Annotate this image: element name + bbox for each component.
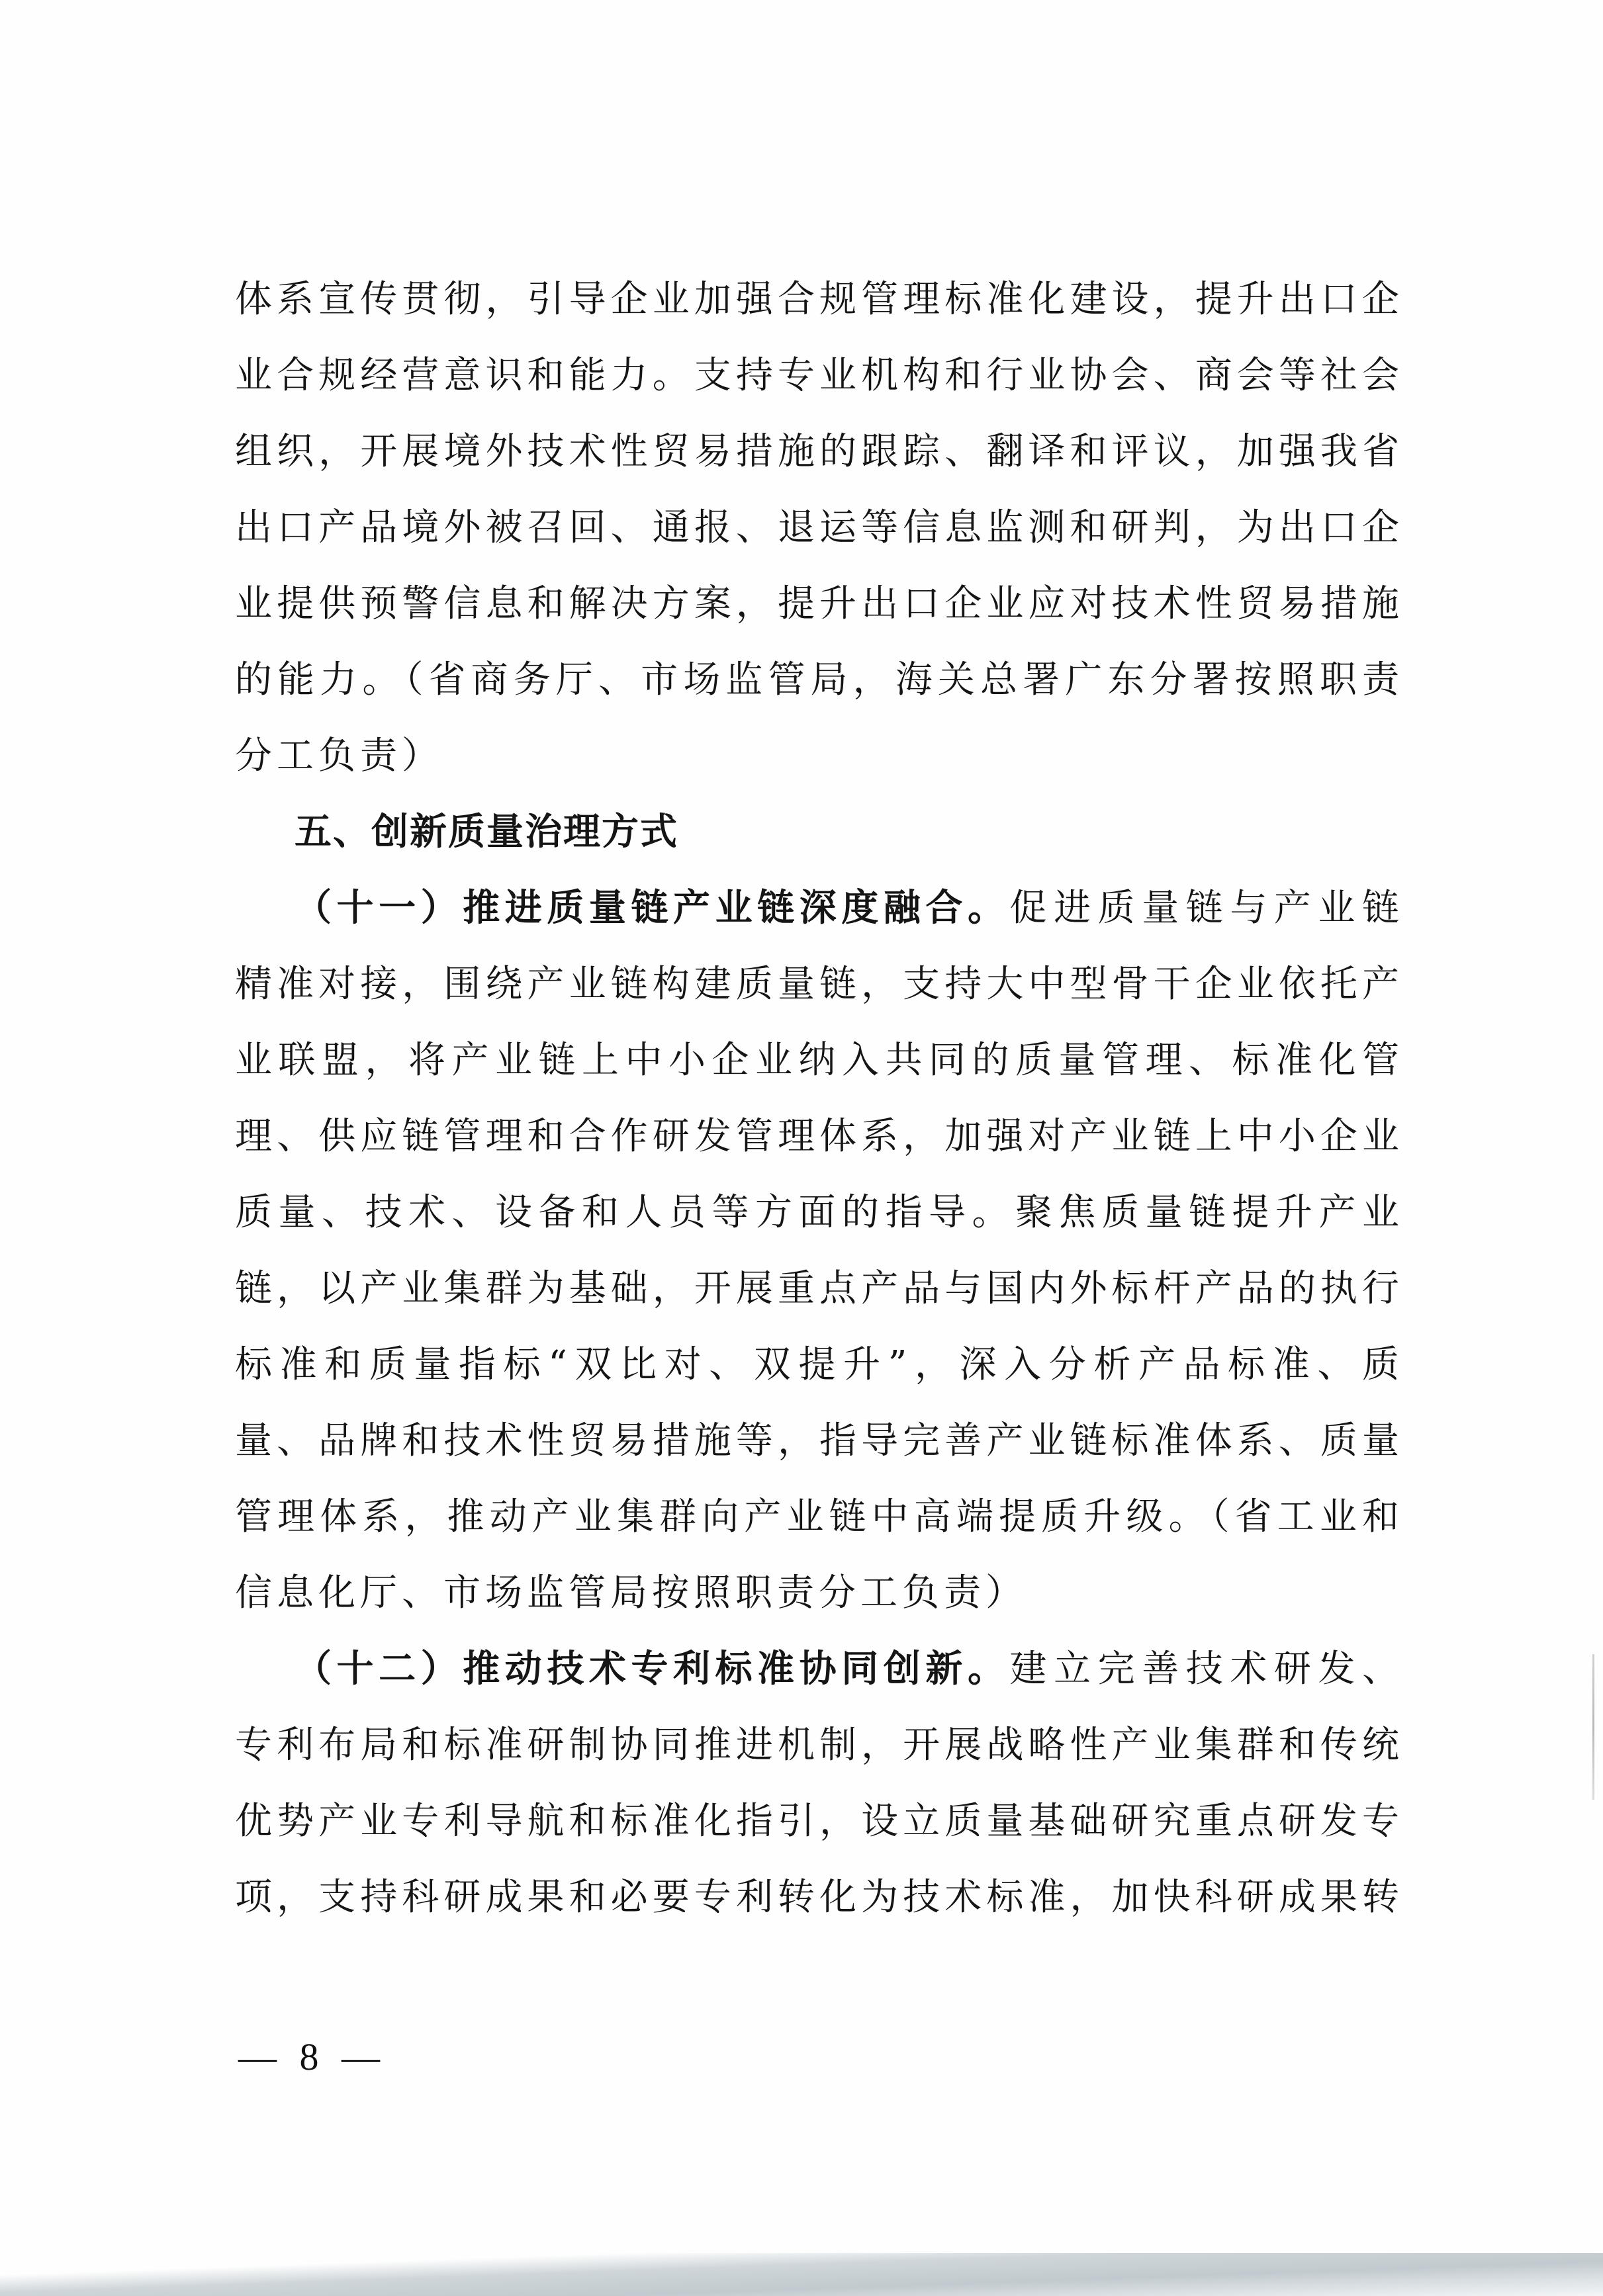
paragraph-line: 量、品牌和技术性贸易措施等，指导完善产业链标准体系、质量 [235,1403,1404,1479]
paragraph-line: 组织，开展境外技术性贸易措施的跟踪、翻译和评议，加强我省 [235,414,1404,490]
paragraph-line: 专利布局和标准研制协同推进机制，开展战略性产业集群和传统 [235,1707,1404,1783]
paragraph-line: 标准和质量指标“双比对、双提升”，深入分析产品标准、质 [235,1327,1404,1403]
paragraph-line: 出口产品境外被召回、通报、退运等信息监测和研判，为出口企 [235,490,1404,566]
scan-artifact-bottom-edge [0,2253,1603,2296]
paragraph-line: 的能力。（省商务厅、市场监管局，海关总署广东分署按照职责 [235,642,1404,718]
document-page: 体系宣传贯彻，引导企业加强合规管理标准化建设，提升出口企 业合规经营意识和能力。… [0,0,1603,2296]
item-12-lead: （十二）推动技术专利标准协同创新。 [295,1648,1010,1691]
paragraph-line: 体系宣传贯彻，引导企业加强合规管理标准化建设，提升出口企 [235,261,1404,337]
paragraph-line: 业提供预警信息和解决方案，提升出口企业应对技术性贸易措施 [235,566,1404,642]
page-number: — 8 — [238,2035,387,2079]
item-11-first-line-rest: 促进质量链与产业链 [1010,887,1404,930]
item-12-first-line-rest: 建立完善技术研发、 [1010,1648,1404,1691]
paragraph-line: 业联盟，将产业链上中小企业纳入共同的质量管理、标准化管 [235,1022,1404,1098]
paragraph-line: 理、供应链管理和合作研发管理体系，加强对产业链上中小企业 [235,1098,1404,1174]
paragraph-line: 质量、技术、设备和人员等方面的指导。聚焦质量链提升产业 [235,1174,1404,1251]
item-12-first-line: （十二）推动技术专利标准协同创新。建立完善技术研发、 [235,1631,1404,1707]
item-11-first-line: （十一）推进质量链产业链深度融合。促进质量链与产业链 [235,870,1404,946]
body-text: 体系宣传贯彻，引导企业加强合规管理标准化建设，提升出口企 业合规经营意识和能力。… [235,261,1404,1935]
paragraph-line: 业合规经营意识和能力。支持专业机构和行业协会、商会等社会 [235,337,1404,414]
item-11-lead: （十一）推进质量链产业链深度融合。 [295,887,1010,930]
paragraph-line: 链，以产业集群为基础，开展重点产品与国内外标杆产品的执行 [235,1251,1404,1327]
paragraph-line: 分工负责） [235,718,1404,794]
scan-artifact-line [1592,1654,1594,1800]
paragraph-line: 项，支持科研成果和必要专利转化为技术标准，加快科研成果转 [235,1859,1404,1935]
section-heading: 五、创新质量治理方式 [235,794,1404,870]
paragraph-line: 信息化厅、市场监管局按照职责分工负责） [235,1555,1404,1631]
paragraph-line: 优势产业专利导航和标准化指引，设立质量基础研究重点研发专 [235,1783,1404,1859]
paragraph-line: 精准对接，围绕产业链构建质量链，支持大中型骨干企业依托产 [235,946,1404,1022]
paragraph-line: 管理体系，推动产业集群向产业链中高端提质升级。（省工业和 [235,1479,1404,1555]
